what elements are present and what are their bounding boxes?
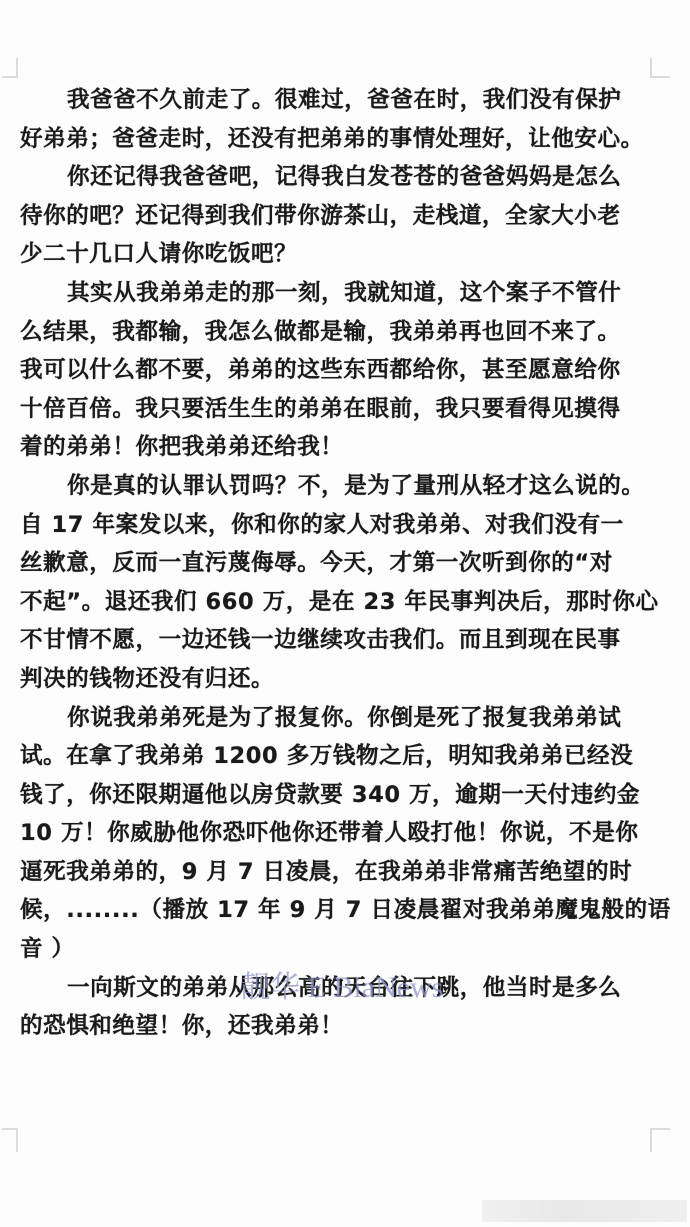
paragraph-first-line: 其实从我弟弟走的那一刻，我就知道，这个案子不管什	[20, 274, 650, 313]
paragraph-first-line: 我爸爸不久前走了。很难过，爸爸在时，我们没有保护	[20, 81, 650, 120]
paragraph-line: 么结果，我都输，我怎么做都是输，我弟弟再也回不来了。	[20, 313, 650, 352]
page-corner-mark-bottom-right	[650, 1128, 670, 1152]
source-watermark-footer	[482, 1200, 687, 1222]
page-corner-mark-top-right	[650, 58, 670, 78]
paragraph-line: 待你的吧？还记得到我们带你游茶山，走栈道，全家大小老	[20, 197, 650, 236]
paragraph-first-line: 一向斯文的弟弟从那么高的天台往下跳，他当时是多么	[20, 969, 650, 1008]
paragraph-line: 试。在拿了我弟弟 1200 多万钱物之后，明知我弟弟已经没	[20, 737, 650, 776]
paragraph-line: 丝歉意，反而一直污蔑侮辱。今天，才第一次听到你的“对	[20, 544, 650, 583]
paragraph-line: 逼死我弟弟的，9 月 7 日凌晨，在我弟弟非常痛苦绝望的时	[20, 853, 650, 892]
paragraph-first-line: 你还记得我爸爸吧，记得我白发苍苍的爸爸妈妈是怎么	[20, 158, 650, 197]
paragraph-first-line: 你说我弟弟死是为了报复你。你倒是死了报复我弟弟试	[20, 699, 650, 738]
page-corner-mark-bottom-left	[2, 1128, 18, 1152]
paragraph-line: 十倍百倍。我只要活生生的弟弟在眼前，我只要看得见摸得	[20, 390, 650, 429]
paragraph-line: 少二十几口人请你吃饭吧？	[20, 235, 650, 274]
paragraph-line: 好弟弟；爸爸走时，还没有把弟弟的事情处理好，让他安心。	[20, 120, 650, 159]
paragraph-line: 不甘情不愿，一边还钱一边继续攻击我们。而且到现在民事	[20, 621, 650, 660]
paragraph-line: 候，........（播放 17 年 9 月 7 日凌晨翟对我弟弟魔鬼般的语	[20, 891, 650, 930]
paragraph-line: 音 ）	[20, 930, 650, 969]
paragraph-line: 判决的钱物还没有归还。	[20, 660, 650, 699]
paragraph-line: 着的弟弟！你把我弟弟还给我！	[20, 428, 650, 467]
paragraph-line: 10 万！你威胁他你恐吓他你还带着人殴打他！你说，不是你	[20, 814, 650, 853]
paragraph-first-line: 你是真的认罪认罚吗？不，是为了量刑从轻才这么说的。	[20, 467, 650, 506]
paragraph-line: 不起”。退还我们 660 万，是在 23 年民事判决后，那时你心	[20, 583, 650, 622]
paragraph-line: 钱了，你还限期逼他以房贷款要 340 万，逾期一天付违约金	[20, 776, 650, 815]
paragraph-line: 的恐惧和绝望！你，还我弟弟！	[20, 1007, 650, 1046]
paragraph-line: 我可以什么都不要，弟弟的这些东西都给你，甚至愿意给你	[20, 351, 650, 390]
paragraph-line: 自 17 年案发以来，你和你的家人对我弟弟、对我们没有一	[20, 506, 650, 545]
page-corner-mark-top-left	[2, 58, 18, 78]
document-body: 我爸爸不久前走了。很难过，爸爸在时，我们没有保护好弟弟；爸爸走时，还没有把弟弟的…	[20, 81, 650, 1046]
